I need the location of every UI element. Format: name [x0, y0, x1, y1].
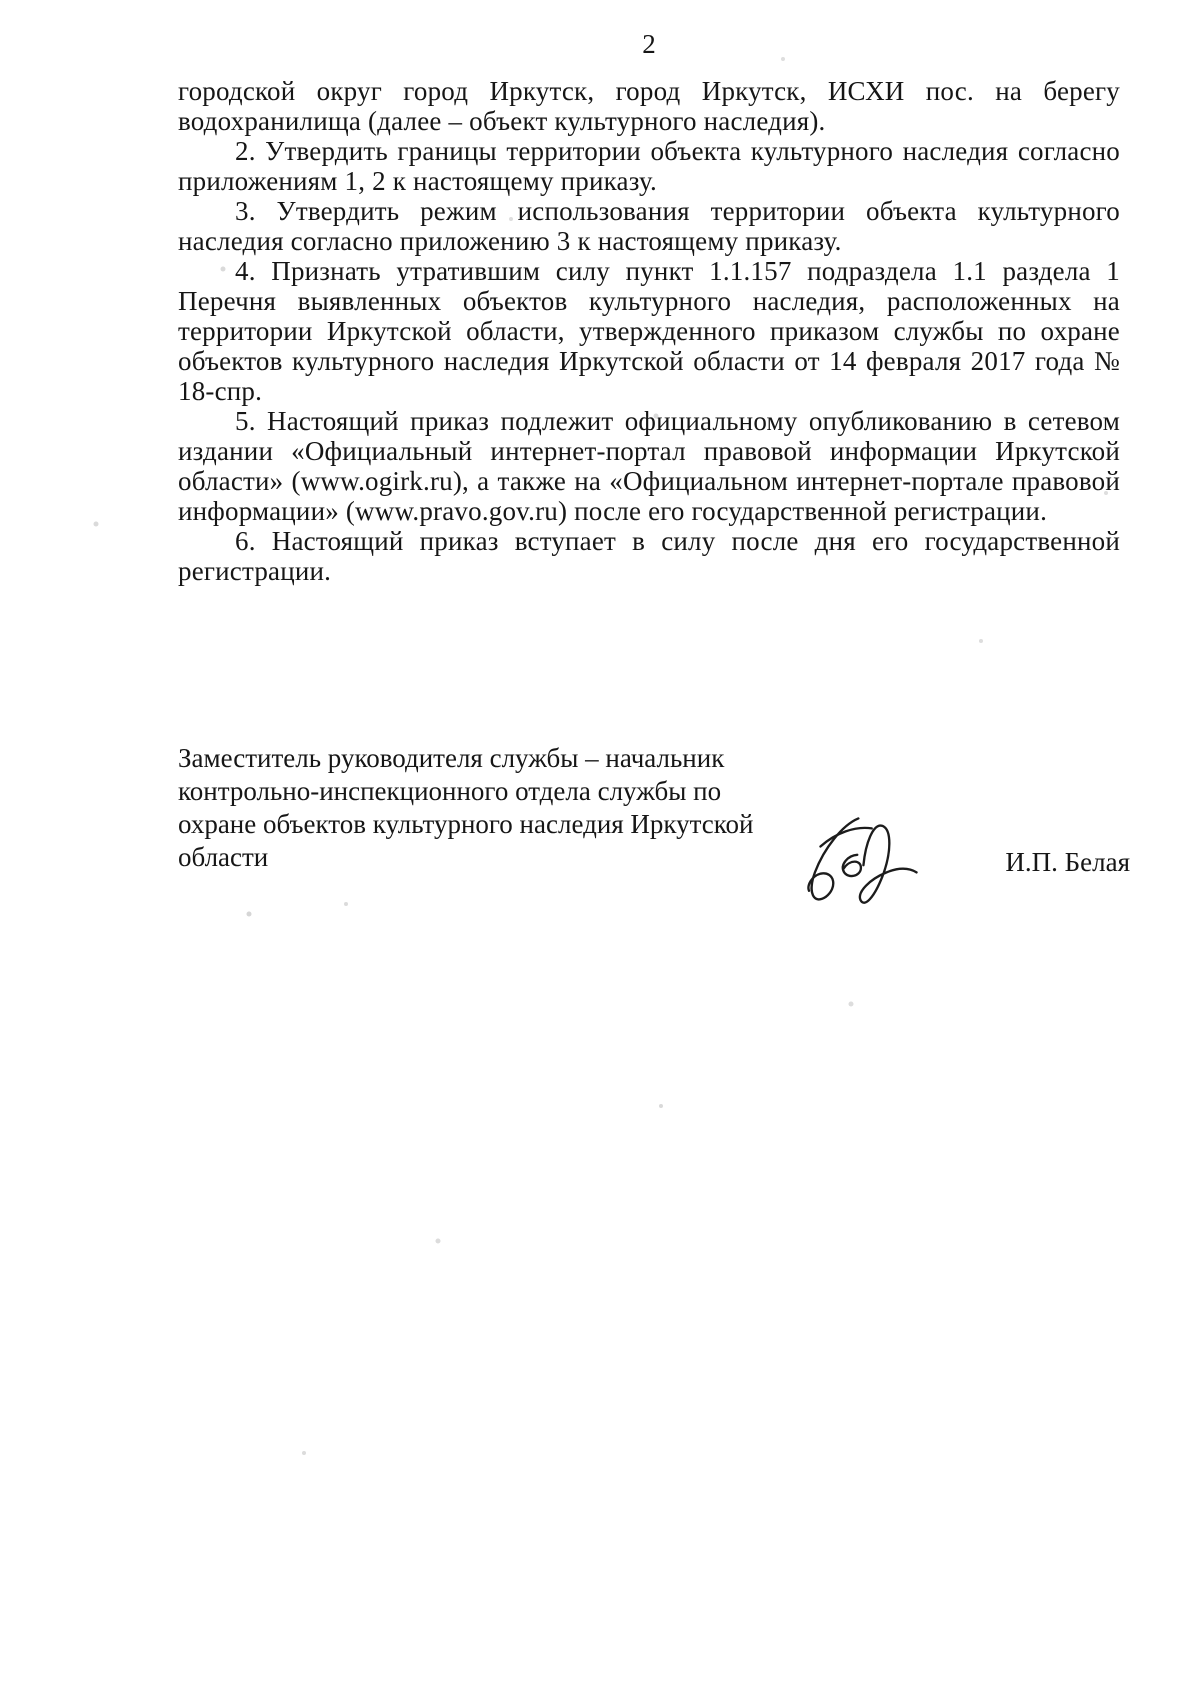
- page-number: 2: [178, 28, 1120, 60]
- signatory-position-title: Заместитель руководителя службы – началь…: [178, 742, 772, 874]
- signature-block: Заместитель руководителя службы – началь…: [178, 742, 1125, 942]
- handwritten-signature-icon: [787, 804, 922, 917]
- paragraph-continuation: городской округ город Иркутск, город Ирк…: [178, 76, 1120, 136]
- paragraph-item-5: 5. Настоящий приказ подлежит официальном…: [178, 406, 1120, 526]
- paragraph-item-3: 3. Утвердить режим использования террито…: [178, 196, 1120, 256]
- scanned-document-page: 2 городской округ город Иркутск, город И…: [0, 0, 1200, 1697]
- paragraph-item-6: 6. Настоящий приказ вступает в силу посл…: [178, 526, 1120, 586]
- paragraph-item-2: 2. Утвердить границы территории объекта …: [178, 136, 1120, 196]
- signatory-name: И.П. Белая: [1005, 846, 1130, 879]
- document-body: городской округ город Иркутск, город Ирк…: [178, 76, 1120, 586]
- paragraph-item-4: 4. Признать утратившим силу пункт 1.1.15…: [178, 256, 1120, 406]
- scan-noise: [0, 0, 2, 2]
